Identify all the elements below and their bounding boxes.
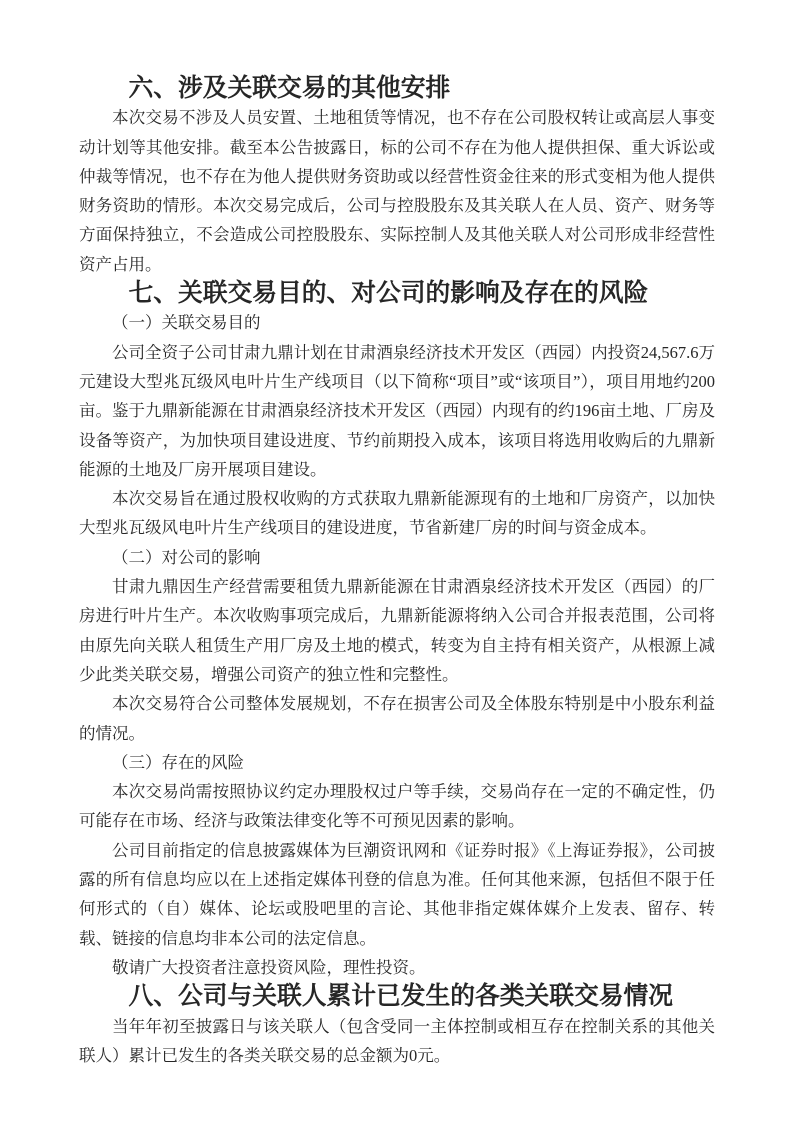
section-heading-8: 八、公司与关联人累计已发生的各类关联交易情况 <box>79 982 715 1011</box>
section-heading-6: 六、涉及关联交易的其他安排 <box>79 74 715 103</box>
paragraph: 敬请广大投资者注意投资风险，理性投资。 <box>79 953 715 982</box>
paragraph: 本次交易旨在通过股权收购的方式获取九鼎新能源现有的土地和厂房资产，以加快大型兆瓦… <box>79 484 715 543</box>
paragraph: 本次交易符合公司整体发展规划，不存在损害公司及全体股东特别是中小股东利益的情况。 <box>79 689 715 748</box>
paragraph: 当年年初至披露日与该关联人（包含受同一主体控制或相互存在控制关系的其他关联人）累… <box>79 1012 715 1071</box>
subsection-heading-7-3: （三）存在的风险 <box>79 748 715 777</box>
paragraph: 本次交易不涉及人员安置、土地租赁等情况，也不存在公司股权转让或高层人事变动计划等… <box>79 103 715 279</box>
document-page: 六、涉及关联交易的其他安排 本次交易不涉及人员安置、土地租赁等情况，也不存在公司… <box>0 0 794 1123</box>
paragraph: 公司全资子公司甘肃九鼎计划在甘肃酒泉经济技术开发区（西园）内投资24,567.6… <box>79 338 715 484</box>
paragraph: 甘肃九鼎因生产经营需要租赁九鼎新能源在甘肃酒泉经济技术开发区（西园）的厂房进行叶… <box>79 572 715 689</box>
section-heading-7: 七、关联交易目的、对公司的影响及存在的风险 <box>79 279 715 308</box>
subsection-heading-7-1: （一）关联交易目的 <box>79 308 715 337</box>
subsection-heading-7-2: （二）对公司的影响 <box>79 543 715 572</box>
paragraph: 公司目前指定的信息披露媒体为巨潮资讯网和《证券时报》《上海证券报》，公司披露的所… <box>79 836 715 953</box>
paragraph: 本次交易尚需按照协议约定办理股权过户等手续，交易尚存在一定的不确定性，仍可能存在… <box>79 777 715 836</box>
